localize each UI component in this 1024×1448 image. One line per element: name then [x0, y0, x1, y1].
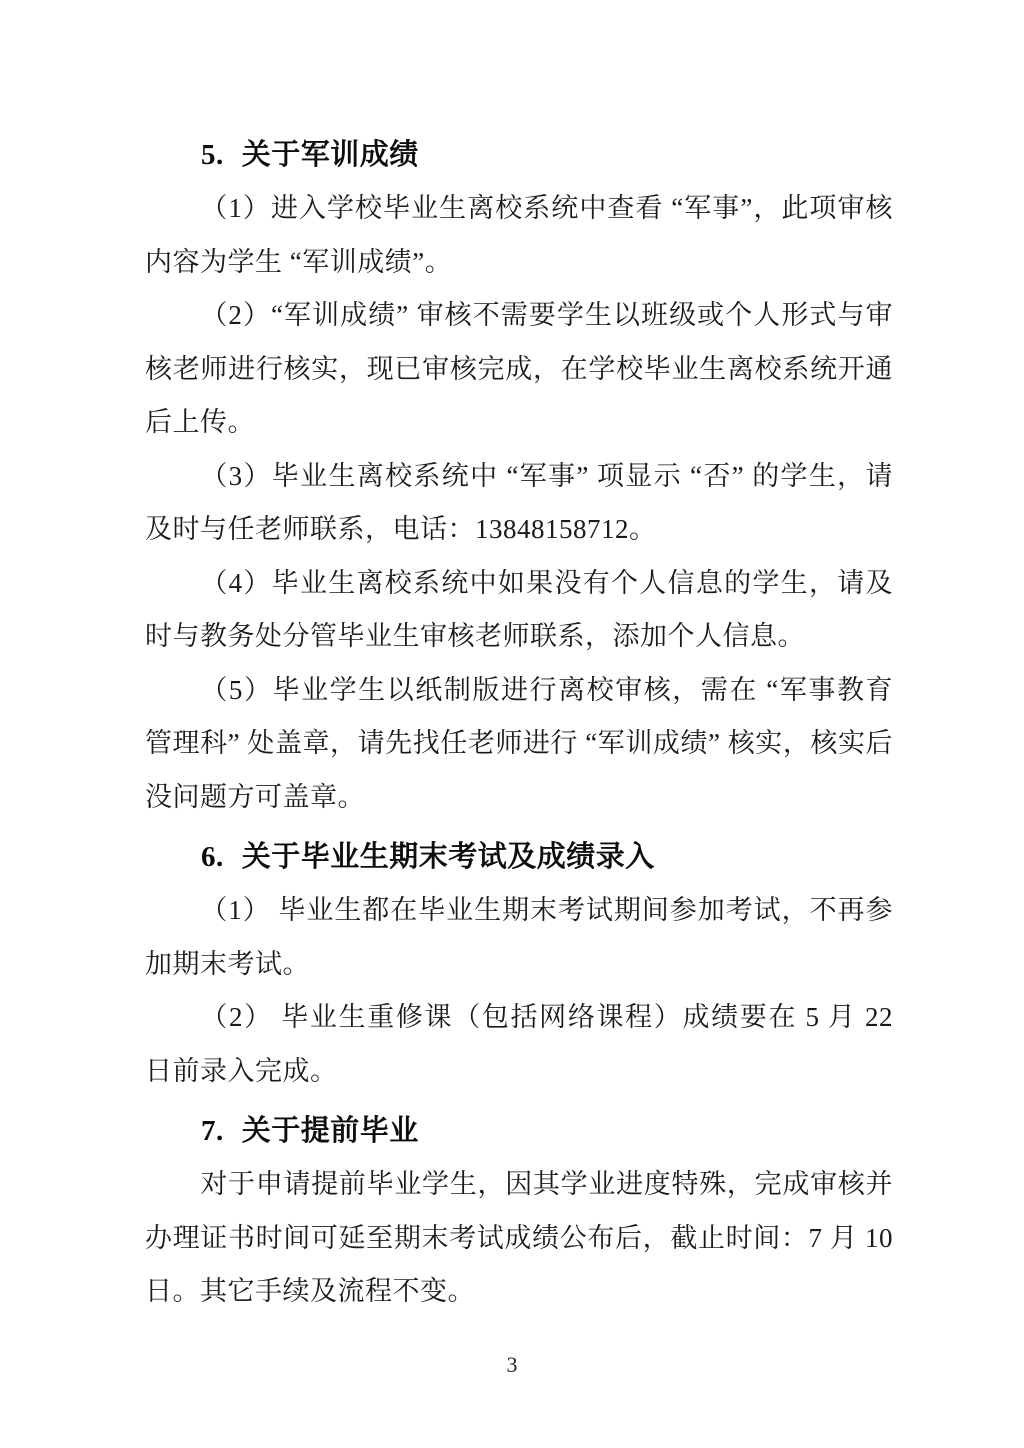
paragraph: （3）毕业生离校系统中 “军事” 项显示 “否” 的学生，请及时与任老师联系，电… [145, 450, 893, 557]
section-final-exams-grade-entry: 6.关于毕业生期末考试及成绩录入 （1） 毕业生都在毕业生期末考试期间参加考试，… [145, 831, 893, 1098]
section-military-training-scores: 5.关于军训成绩 （1）进入学校毕业生离校系统中查看 “军事”，此项审核内容为学… [145, 129, 893, 824]
document-page: 5.关于军训成绩 （1）进入学校毕业生离校系统中查看 “军事”，此项审核内容为学… [0, 0, 1024, 1448]
paragraph: （1）进入学校毕业生离校系统中查看 “军事”，此项审核内容为学生 “军训成绩”。 [145, 182, 893, 289]
section-7-number: 7. [201, 1115, 224, 1147]
section-5-title: 关于军训成绩 [242, 139, 419, 171]
page-number: 3 [0, 1352, 1024, 1378]
section-5-number: 5. [201, 139, 224, 171]
section-early-graduation: 7.关于提前毕业 对于申请提前毕业学生，因其学业进度特殊，完成审核并办理证书时间… [145, 1105, 893, 1319]
section-7-title: 关于提前毕业 [242, 1115, 419, 1147]
section-6-title: 关于毕业生期末考试及成绩录入 [242, 841, 655, 873]
document-content: 5.关于军训成绩 （1）进入学校毕业生离校系统中查看 “军事”，此项审核内容为学… [145, 122, 893, 1319]
paragraph: 对于申请提前毕业学生，因其学业进度特殊，完成审核并办理证书时间可延至期末考试成绩… [145, 1158, 893, 1319]
section-5-heading: 5.关于军训成绩 [145, 129, 893, 182]
section-6-number: 6. [201, 841, 224, 873]
section-7-heading: 7.关于提前毕业 [145, 1105, 893, 1158]
section-6-heading: 6.关于毕业生期末考试及成绩录入 [145, 831, 893, 884]
paragraph: （4）毕业生离校系统中如果没有个人信息的学生，请及时与教务处分管毕业生审核老师联… [145, 557, 893, 664]
paragraph: （2） 毕业生重修课（包括网络课程）成绩要在 5 月 22 日前录入完成。 [145, 991, 893, 1098]
paragraph: （2）“军训成绩” 审核不需要学生以班级或个人形式与审核老师进行核实，现已审核完… [145, 289, 893, 450]
paragraph: （1） 毕业生都在毕业生期末考试期间参加考试，不再参加期末考试。 [145, 884, 893, 991]
paragraph: （5）毕业学生以纸制版进行离校审核，需在 “军事教育管理科” 处盖章，请先找任老… [145, 664, 893, 825]
